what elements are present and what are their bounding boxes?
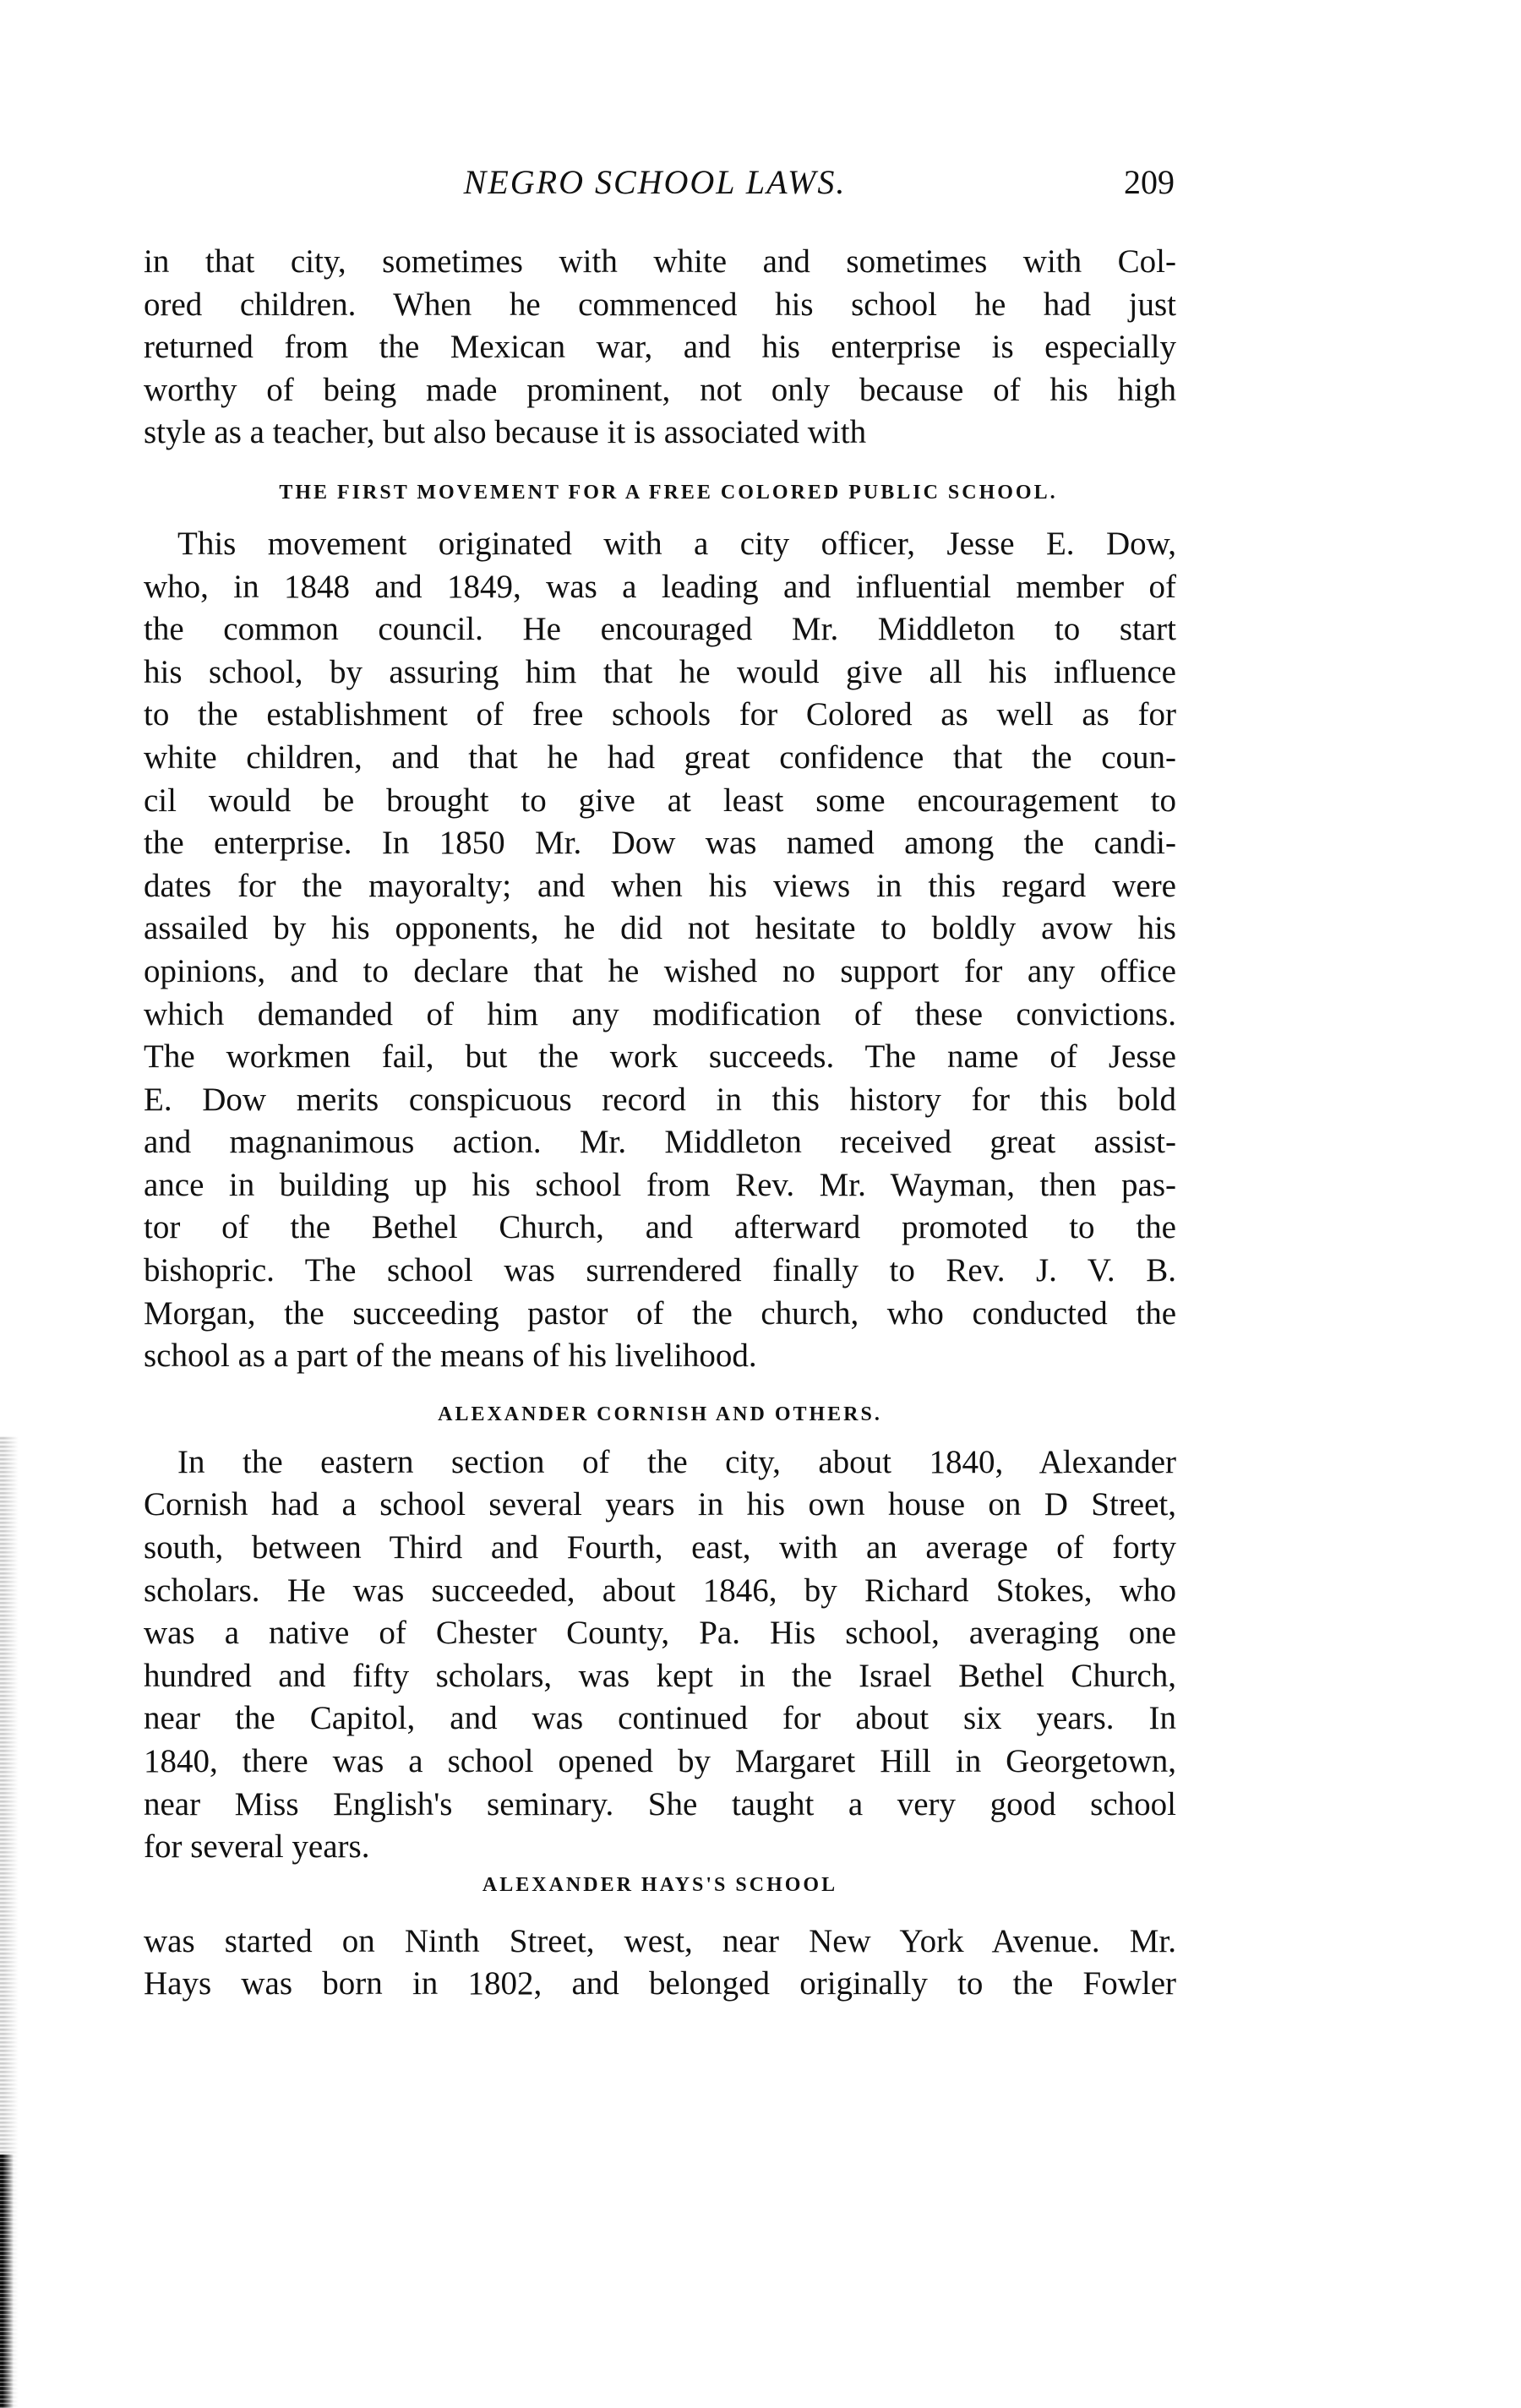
running-head: NEGRO SCHOOL LAWS. 209 <box>144 157 1175 208</box>
continuation-paragraph: in that city, sometimes with white and s… <box>144 241 1176 455</box>
text-line: was started on Ninth Street, west, near … <box>144 1920 1176 1964</box>
text-line: ored children. When he commenced his sch… <box>144 284 1176 327</box>
text-line: assailed by his opponents, he did not he… <box>144 907 1176 951</box>
text-line: tor of the Bethel Church, and afterward … <box>144 1207 1176 1250</box>
text-line: the enterprise. In 1850 Mr. Dow was name… <box>144 822 1176 865</box>
paragraph-alexander-cornish: In the eastern section of the city, abou… <box>144 1441 1176 1869</box>
text-line: scholars. He was succeeded, about 1846, … <box>144 1570 1176 1613</box>
text-line: his school, by assuring him that he woul… <box>144 651 1176 695</box>
text-line: E. Dow merits conspicuous record in this… <box>144 1079 1176 1122</box>
section-heading-alexander-cornish: ALEXANDER CORNISH AND OTHERS. <box>144 1403 1176 1426</box>
text-line: In the eastern section of the city, abou… <box>144 1441 1176 1485</box>
text-line: style as a teacher, but also because it … <box>144 411 1176 455</box>
text-line: in that city, sometimes with white and s… <box>144 241 1176 284</box>
text-line: for several years. <box>144 1826 1176 1869</box>
text-line: Cornish had a school several years in hi… <box>144 1484 1176 1527</box>
text-line: school as a part of the means of his liv… <box>144 1335 1176 1378</box>
text-line: bishopric. The school was surrendered fi… <box>144 1250 1176 1293</box>
text-line: returned from the Mexican war, and his e… <box>144 326 1176 369</box>
text-line: Morgan, the succeeding pastor of the chu… <box>144 1293 1176 1336</box>
text-line: dates for the mayoralty; and when his vi… <box>144 865 1176 908</box>
paragraph-first-movement: This movement originated with a city off… <box>144 523 1176 1378</box>
text-line: south, between Third and Fourth, east, w… <box>144 1527 1176 1570</box>
text-line: was a native of Chester County, Pa. His … <box>144 1612 1176 1655</box>
text-line: who, in 1848 and 1849, was a leading and… <box>144 566 1176 609</box>
text-line: Hays was born in 1802, and belonged orig… <box>144 1963 1176 2006</box>
section-heading-alexander-hays: ALEXANDER HAYS'S SCHOOL <box>144 1874 1176 1897</box>
text-line: which demanded of him any modification o… <box>144 994 1176 1037</box>
text-line: the common council. He encouraged Mr. Mi… <box>144 608 1176 651</box>
text-line: cil would be brought to give at least so… <box>144 780 1176 823</box>
section-heading-first-movement: THE FIRST MOVEMENT FOR A FREE COLORED PU… <box>144 482 1176 504</box>
scan-edge-artifact-dark <box>0 2155 14 2408</box>
paragraph-alexander-hays: was started on Ninth Street, west, near … <box>144 1920 1176 2006</box>
text-line: hundred and fifty scholars, was kept in … <box>144 1655 1176 1698</box>
text-line: near the Capitol, and was continued for … <box>144 1697 1176 1741</box>
text-line: worthy of being made prominent, not only… <box>144 369 1176 412</box>
text-line: and magnanimous action. Mr. Middleton re… <box>144 1121 1176 1164</box>
text-line: white children, and that he had great co… <box>144 737 1176 780</box>
text-line: opinions, and to declare that he wished … <box>144 951 1176 994</box>
running-title: NEGRO SCHOOL LAWS. <box>144 157 1175 208</box>
text-line: ance in building up his school from Rev.… <box>144 1164 1176 1207</box>
text-line: This movement originated with a city off… <box>144 523 1176 566</box>
text-line: near Miss English's seminary. She taught… <box>144 1784 1176 1827</box>
text-line: The workmen fail, but the work succeeds.… <box>144 1036 1176 1079</box>
page-body: in that city, sometimes with white and s… <box>144 241 1176 2006</box>
text-line: 1840, there was a school opened by Marga… <box>144 1741 1176 1784</box>
page-number: 209 <box>1124 157 1175 208</box>
text-line: to the establishment of free schools for… <box>144 694 1176 737</box>
